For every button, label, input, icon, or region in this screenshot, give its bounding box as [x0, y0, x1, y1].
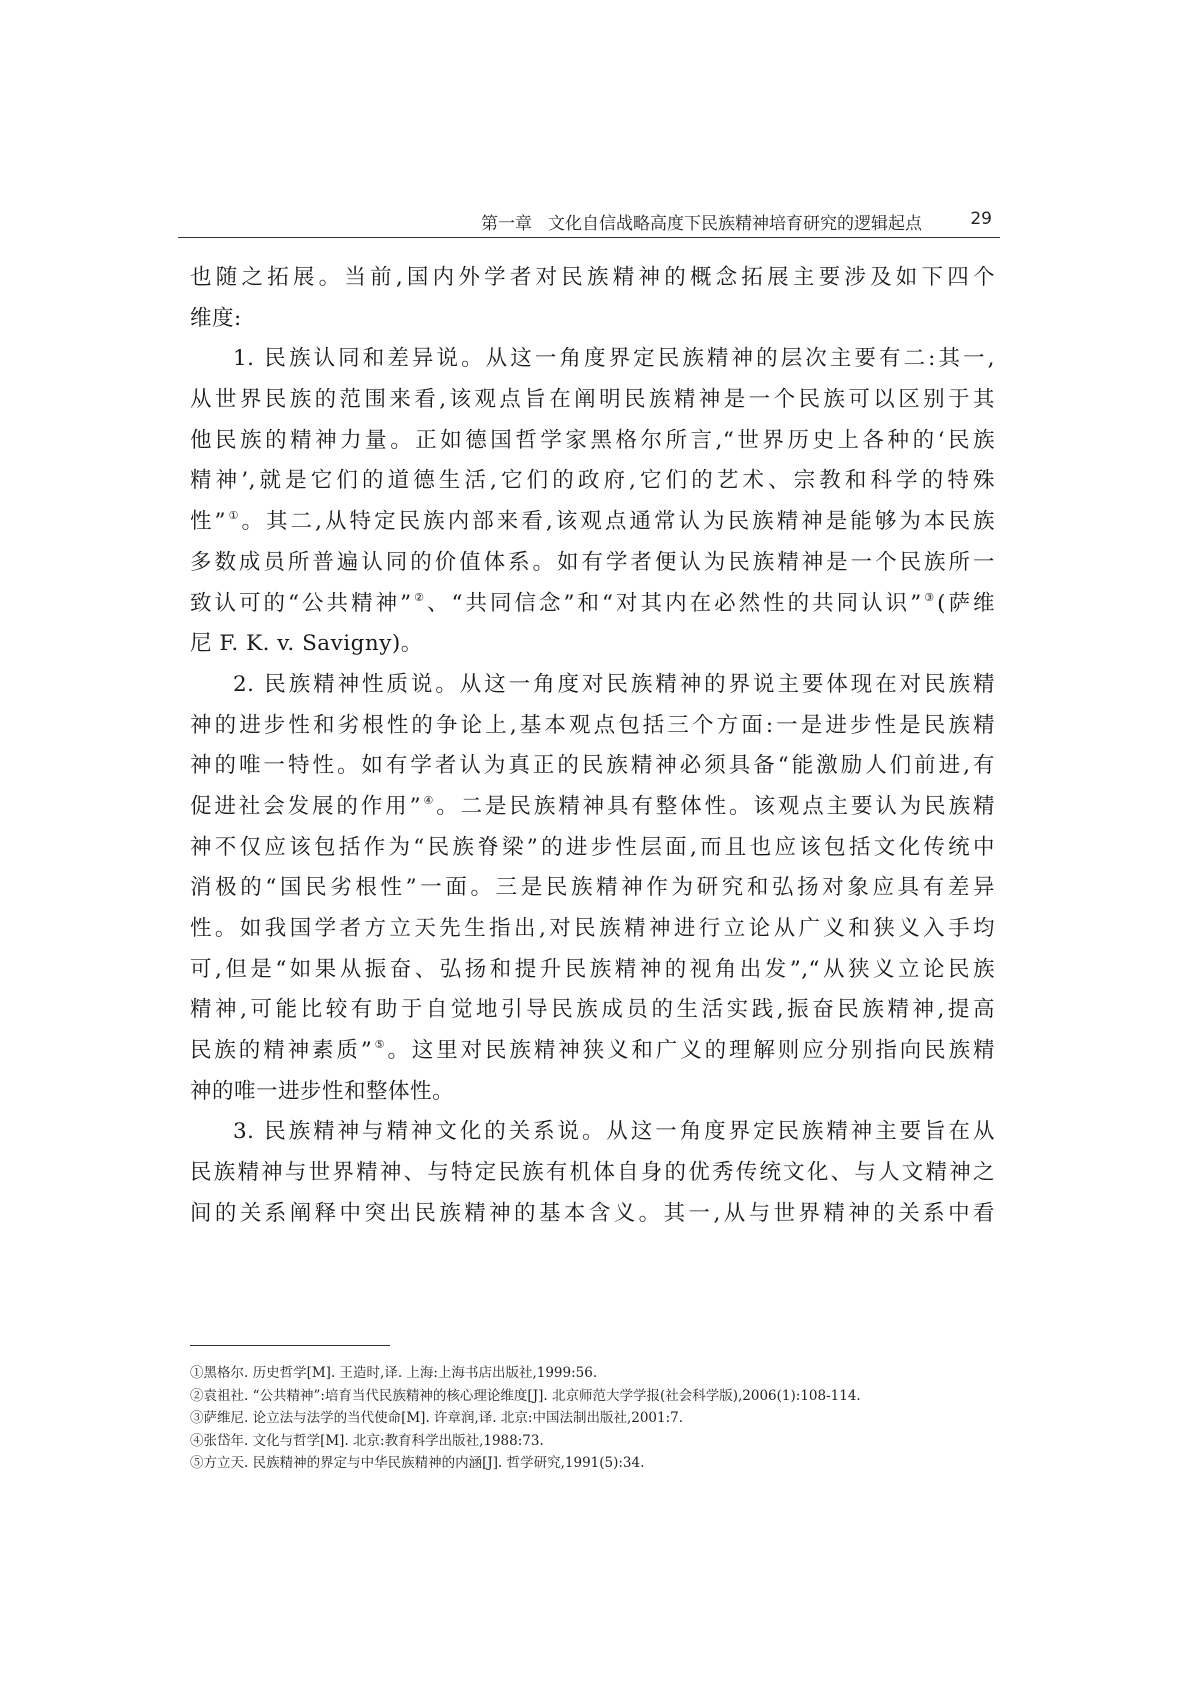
- text-line: 精神,可能比较有助于自觉地引导民族成员的生活实践,振奋民族精神,提高: [190, 990, 995, 1031]
- footnote-5: ⑤方立天. 民族精神的界定与中华民族精神的内涵[J]. 哲学研究,1991(5)…: [190, 1452, 1010, 1475]
- text-line: 多数成员所普遍认同的价值体系。如有学者便认为民族精神是一个民族所一: [190, 543, 995, 584]
- footnote-ref-5[interactable]: ⑤: [372, 1038, 387, 1051]
- text-line: 民族精神与世界精神、与特定民族有机体自身的优秀传统文化、与人文精神之: [190, 1153, 995, 1194]
- chapter-label: 第一章: [481, 214, 532, 234]
- footnote-ref-3[interactable]: ③: [922, 591, 937, 604]
- footnotes: ①黑格尔. 历史哲学[M]. 王造时,译. 上海:上海书店出版社,1999:56…: [190, 1362, 1010, 1475]
- text-line: 可,但是“如果从振奋、弘扬和提升民族精神的视角出发”,“从狭义立论民族: [190, 950, 995, 991]
- text-line: 神不仅应该包括作为“民族脊梁”的进步性层面,而且也应该包括文化传统中: [190, 828, 995, 869]
- book-page: 第一章文化自信战略高度下民族精神培育研究的逻辑起点 29 也随之拓展。当前,国内…: [0, 0, 1190, 1684]
- text-line: 神的进步性和劣根性的争论上,基本观点包括三个方面:一是进步性是民族精: [190, 706, 995, 747]
- text-span: 。二是民族精神具有整体性。该观点主要认为民族精: [436, 794, 995, 819]
- page-number: 29: [970, 209, 992, 229]
- text-span: 、“共同信念”和“对其内在必然性的共同认识”: [427, 591, 922, 616]
- text-line: 神的唯一特性。如有学者认为真正的民族精神必须具备“能激励人们前进,有: [190, 746, 995, 787]
- text-line: 从世界民族的范围来看,该观点旨在阐明民族精神是一个民族可以区别于其: [190, 380, 995, 421]
- section-1-heading-line: 1. 民族认同和差异说。从这一角度界定民族精神的层次主要有二:其一,: [190, 339, 995, 380]
- text-line: 消极的“国民劣根性”一面。三是民族精神作为研究和弘扬对象应具有差异: [190, 868, 995, 909]
- text-line: 精神’,就是它们的道德生活,它们的政府,它们的艺术、宗教和科学的特殊: [190, 461, 995, 502]
- text-span: 。这里对民族精神狭义和广义的理解则应分别指向民族精: [387, 1038, 995, 1063]
- section-2-heading-line: 2. 民族精神性质说。从这一角度对民族精神的界说主要体现在对民族精: [190, 665, 995, 706]
- footnote-3: ③萨维尼. 论立法与法学的当代使命[M]. 许章润,译. 北京:中国法制出版社,…: [190, 1407, 1010, 1430]
- footnote-ref-1[interactable]: ①: [226, 509, 241, 522]
- text-line: 尼 F. K. v. Savigny)。: [190, 624, 995, 665]
- text-line: 维度:: [190, 299, 995, 340]
- text-span: 促进社会发展的作用”: [190, 794, 421, 819]
- text-span: 。其二,从特定民族内部来看,该观点通常认为民族精神是能够为本民族: [242, 509, 996, 534]
- chapter-title: 文化自信战略高度下民族精神培育研究的逻辑起点: [548, 214, 922, 234]
- text-span: 性”: [190, 509, 226, 534]
- text-line: 促进社会发展的作用”④。二是民族精神具有整体性。该观点主要认为民族精: [190, 787, 995, 828]
- footnote-4: ④张岱年. 文化与哲学[M]. 北京:教育科学出版社,1988:73.: [190, 1430, 1010, 1453]
- footnote-1: ①黑格尔. 历史哲学[M]. 王造时,译. 上海:上海书店出版社,1999:56…: [190, 1362, 1010, 1385]
- footnote-2: ②袁祖社. “公共精神”:培育当代民族精神的核心理论维度[J]. 北京师范大学学…: [190, 1385, 1010, 1408]
- text-line: 间的关系阐释中突出民族精神的基本含义。其一,从与世界精神的关系中看: [190, 1194, 995, 1235]
- text-line: 民族的精神素质”⑤。这里对民族精神狭义和广义的理解则应分别指向民族精: [190, 1031, 995, 1072]
- text-line: 致认可的“公共精神”②、“共同信念”和“对其内在必然性的共同认识”③(萨维: [190, 584, 995, 625]
- body-text: 也随之拓展。当前,国内外学者对民族精神的概念拓展主要涉及如下四个 维度: 1. …: [190, 258, 995, 1235]
- footnote-ref-2[interactable]: ②: [412, 591, 427, 604]
- text-line: 也随之拓展。当前,国内外学者对民族精神的概念拓展主要涉及如下四个: [190, 258, 995, 299]
- text-span: 民族的精神素质”: [190, 1038, 372, 1063]
- chapter-heading: 第一章文化自信战略高度下民族精神培育研究的逻辑起点: [481, 209, 922, 234]
- text-line: 他民族的精神力量。正如德国哲学家黑格尔所言,“世界历史上各种的‘民族: [190, 421, 995, 462]
- footnote-ref-4[interactable]: ④: [421, 794, 436, 807]
- text-line: 神的唯一进步性和整体性。: [190, 1072, 995, 1113]
- section-3-heading-line: 3. 民族精神与精神文化的关系说。从这一角度界定民族精神主要旨在从: [190, 1112, 995, 1153]
- footnote-divider: [190, 1345, 390, 1346]
- text-span: 致认可的“公共精神”: [190, 591, 412, 616]
- text-span: (萨维: [937, 591, 995, 616]
- running-header: 第一章文化自信战略高度下民族精神培育研究的逻辑起点 29: [178, 205, 1000, 238]
- text-line: 性”①。其二,从特定民族内部来看,该观点通常认为民族精神是能够为本民族: [190, 502, 995, 543]
- text-line: 性。如我国学者方立天先生指出,对民族精神进行立论从广义和狭义入手均: [190, 909, 995, 950]
